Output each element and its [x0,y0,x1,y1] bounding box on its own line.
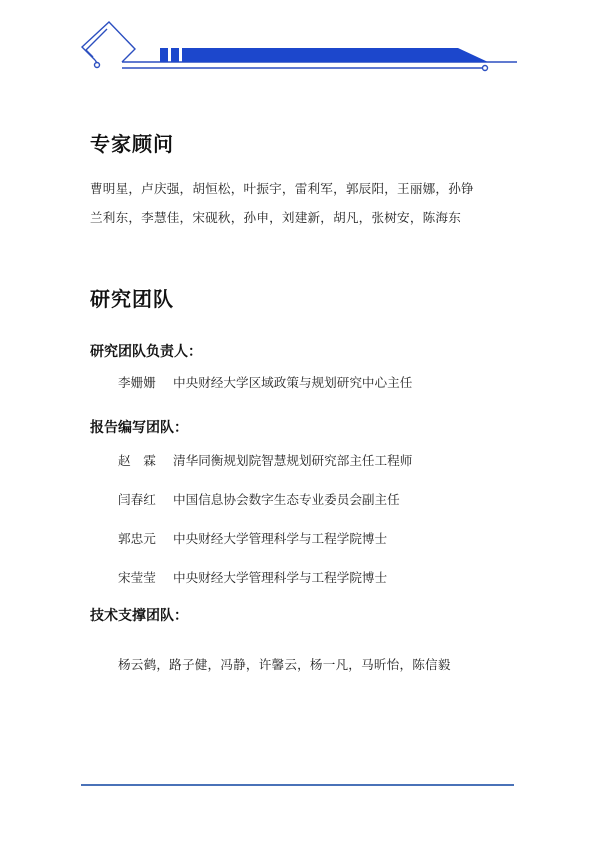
bar-block-1 [160,48,168,62]
member-name: 赵 霖 [118,450,173,469]
research-team-heading: 研究团队 [90,283,174,312]
member-title: 中央财经大学管理科学与工程学院博士 [173,567,387,586]
leader-section-label: 研究团队负责人： [90,341,202,361]
advisors-line-1: 曹明星，卢庆强，胡恒松，叶振宇，雷利军，郭辰阳，王丽娜，孙铮 [90,178,474,197]
advisors-heading: 专家顾问 [90,128,174,157]
circuit-diamond-icon [82,22,135,62]
tech-section-label: 技术支撑团队： [90,605,188,625]
writing-member-row: 闫春红 中国信息协会数字生态专业委员会副主任 [118,489,400,508]
advisors-line-2: 兰利东，李慧佳，宋砚秋，孙申，刘建新，胡凡，张树安，陈海东 [90,207,461,226]
node-circle-right-icon [483,66,488,71]
header-decoration [0,0,595,90]
leader-member-row: 李姗姗 中央财经大学区域政策与规划研究中心主任 [118,372,412,391]
member-name: 李姗姗 [118,372,173,391]
member-name: 闫春红 [118,489,173,508]
writing-member-row: 宋莹莹 中央财经大学管理科学与工程学院博士 [118,567,387,586]
bar-main [182,48,488,62]
member-title: 中央财经大学区域政策与规划研究中心主任 [173,372,412,391]
writing-member-row: 赵 霖 清华同衡规划院智慧规划研究部主任工程师 [118,450,412,469]
bar-block-2 [171,48,179,62]
tech-members-list: 杨云鹤，路子健，冯静，许馨云，杨一凡，马昕怡，陈信毅 [118,654,451,673]
member-title: 中国信息协会数字生态专业委员会副主任 [173,489,400,508]
member-title: 清华同衡规划院智慧规划研究部主任工程师 [173,450,412,469]
writing-section-label: 报告编写团队： [90,417,188,437]
writing-member-row: 郭忠元 中央财经大学管理科学与工程学院博士 [118,528,387,547]
member-title: 中央财经大学管理科学与工程学院博士 [173,528,387,547]
footer-divider [81,784,514,786]
member-name: 郭忠元 [118,528,173,547]
member-name: 宋莹莹 [118,567,173,586]
node-circle-left-icon [95,63,100,68]
